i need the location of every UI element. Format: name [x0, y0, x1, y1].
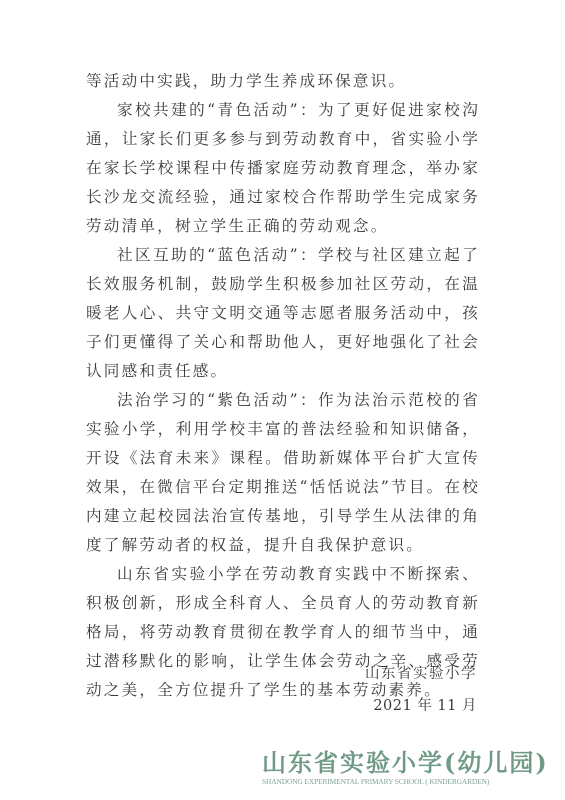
logo-english-text: SHANDONG EXPERIMENTAL PRIMARY SCHOOL ( K…: [262, 777, 562, 786]
signature-date: 2021 年 11 月: [373, 694, 477, 715]
school-logo: 山东省实验小学(幼儿园) SHANDONG EXPERIMENTAL PRIMA…: [262, 750, 562, 786]
document-page: 等活动中实践，助力学生养成环保意识。 家校共建的“青色活动”：为了更好促进家校沟…: [0, 0, 565, 800]
paragraph-blue-activity: 社区互助的“蓝色活动”：学校与社区建立起了长效服务机制，鼓励学生积极参加社区劳动…: [86, 241, 480, 386]
signature-organization: 山东省实验小学: [365, 662, 477, 683]
logo-chinese-text: 山东省实验小学(幼儿园): [262, 750, 562, 776]
body-text: 等活动中实践，助力学生养成环保意识。 家校共建的“青色活动”：为了更好促进家校沟…: [86, 67, 480, 705]
paragraph-continuation: 等活动中实践，助力学生养成环保意识。: [86, 67, 480, 96]
paragraph-cyan-activity: 家校共建的“青色活动”：为了更好促进家校沟通，让家长们更多参与到劳动教育中，省实…: [86, 96, 480, 241]
paragraph-purple-activity: 法治学习的“紫色活动”：作为法治示范校的省实验小学，利用学校丰富的普法经验和知识…: [86, 386, 480, 560]
paragraph-conclusion: 山东省实验小学在劳动教育实践中不断探索、积极创新，形成全科育人、全员育人的劳动教…: [86, 560, 480, 705]
